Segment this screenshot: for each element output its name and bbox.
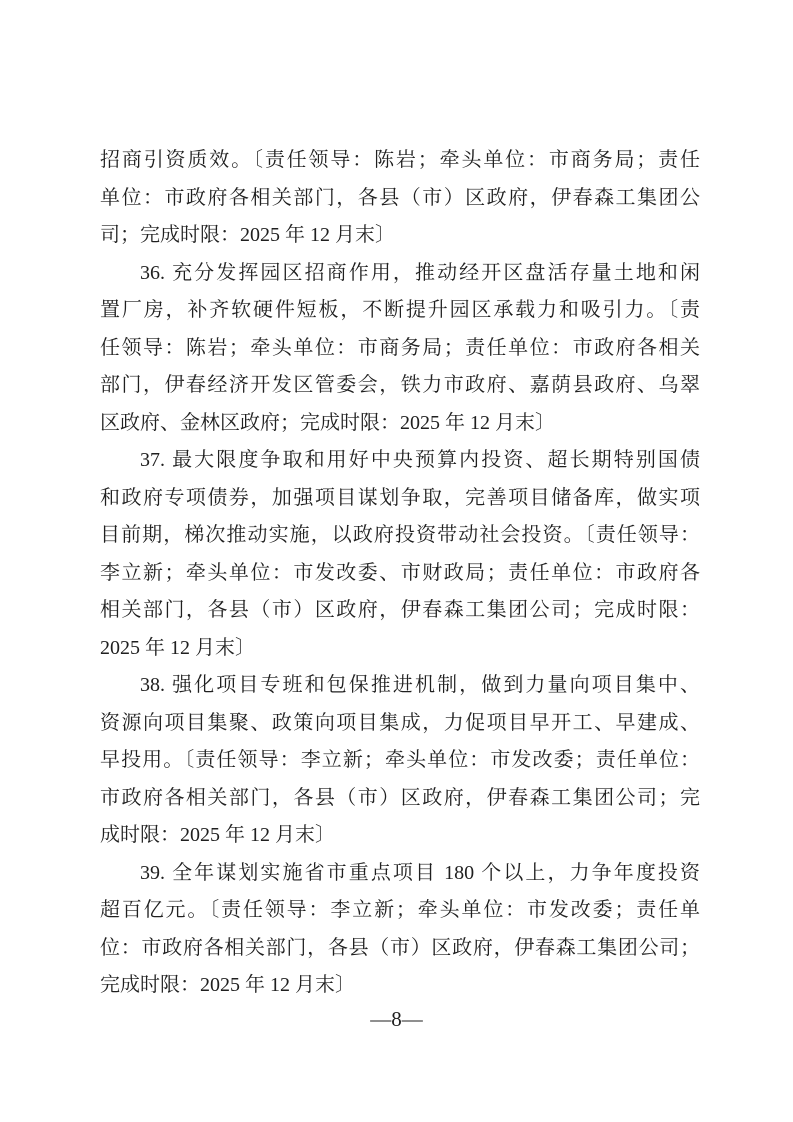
text-line: 资源向项目集聚、政策向项目集成，力促项目早开工、早建成、 [100, 705, 700, 743]
text-line: 位：市政府各相关部门，各县（市）区政府，伊春森工集团公司； [100, 930, 700, 968]
text-line: 39. 全年谋划实施省市重点项目 180 个以上，力争年度投资 [100, 855, 700, 893]
page-number: —8— [0, 1001, 793, 1039]
text-line: 37. 最大限度争取和用好中央预算内投资、超长期特别国债 [100, 442, 700, 480]
text-line: 置厂房，补齐软硬件短板，不断提升园区承载力和吸引力。〔责 [100, 292, 700, 330]
text-line: 司；完成时限：2025 年 12 月末〕 [100, 217, 700, 255]
text-line: 38. 强化项目专班和包保推进机制，做到力量向项目集中、 [100, 667, 700, 705]
text-line: 市政府各相关部门，各县（市）区政府，伊春森工集团公司；完 [100, 780, 700, 818]
text-line: 2025 年 12 月末〕 [100, 630, 700, 668]
text-line: 单位：市政府各相关部门，各县（市）区政府，伊春森工集团公 [100, 180, 700, 218]
document-page: 招商引资质效。〔责任领导：陈岩；牵头单位：市商务局；责任单位：市政府各相关部门，… [0, 0, 793, 1122]
text-line: 区政府、金林区政府；完成时限：2025 年 12 月末〕 [100, 405, 700, 443]
text-line: 超百亿元。〔责任领导：李立新；牵头单位：市发改委；责任单 [100, 892, 700, 930]
text-line: 目前期，梯次推动实施，以政府投资带动社会投资。〔责任领导： [100, 517, 700, 555]
document-body: 招商引资质效。〔责任领导：陈岩；牵头单位：市商务局；责任单位：市政府各相关部门，… [100, 142, 700, 1005]
text-line: 部门，伊春经济开发区管委会，铁力市政府、嘉荫县政府、乌翠 [100, 367, 700, 405]
text-line: 36. 充分发挥园区招商作用，推动经开区盘活存量土地和闲 [100, 255, 700, 293]
text-line: 任领导：陈岩；牵头单位：市商务局；责任单位：市政府各相关 [100, 330, 700, 368]
text-line: 招商引资质效。〔责任领导：陈岩；牵头单位：市商务局；责任 [100, 142, 700, 180]
text-line: 完成时限：2025 年 12 月末〕 [100, 967, 700, 1005]
text-line: 成时限：2025 年 12 月末〕 [100, 817, 700, 855]
text-line: 相关部门，各县（市）区政府，伊春森工集团公司；完成时限： [100, 592, 700, 630]
text-line: 和政府专项债券，加强项目谋划争取，完善项目储备库，做实项 [100, 480, 700, 518]
text-line: 早投用。〔责任领导：李立新；牵头单位：市发改委；责任单位： [100, 742, 700, 780]
text-line: 李立新；牵头单位：市发改委、市财政局；责任单位：市政府各 [100, 555, 700, 593]
